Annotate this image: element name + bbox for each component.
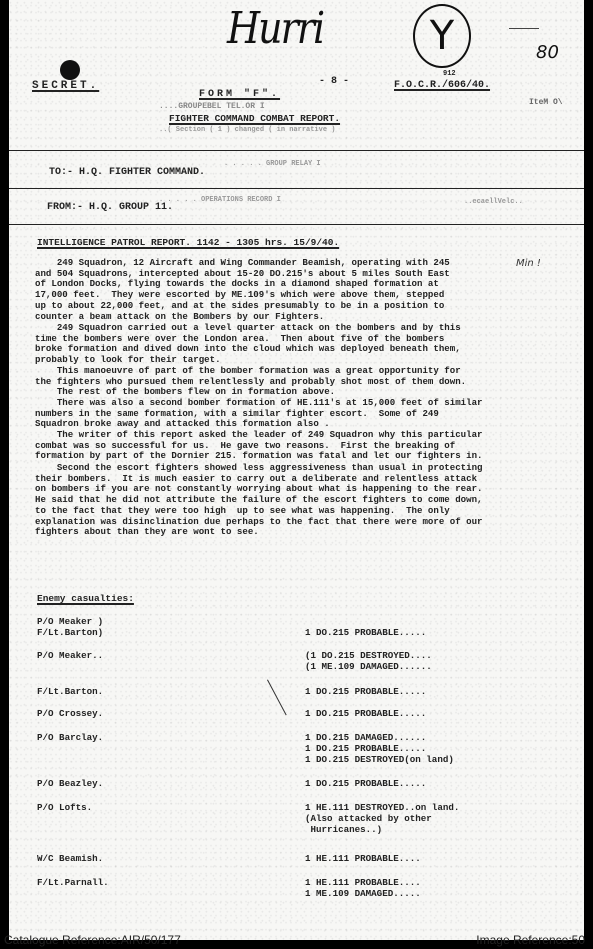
to-line: TO:- H.Q. FIGHTER COMMAND.	[49, 167, 205, 178]
from-line: FROM:- H.Q. GROUP 11.	[47, 202, 173, 213]
reference-superscript: 912	[443, 70, 456, 78]
form-title: FORM "F".	[199, 89, 280, 100]
casualty-claim: 1 HE.111 PROBABLE....	[305, 853, 421, 864]
casualty-pilot: F/Lt.Parnall.	[37, 877, 109, 888]
casualty-pilot: P/O Meaker ) F/Lt.Barton)	[37, 616, 103, 638]
paragraph: 249 Squadron carried out a level quarter…	[35, 323, 461, 366]
casualty-claim: 1 DO.215 PROBABLE.....	[305, 708, 426, 719]
paragraph: The writer of this report asked the lead…	[35, 430, 483, 462]
paragraph: 249 Squadron, 12 Aircraft and Wing Comma…	[35, 258, 450, 322]
classification-label: SECRET.	[32, 80, 99, 92]
divider	[9, 188, 584, 189]
paragraph: There was also a second bomber formation…	[35, 398, 483, 430]
casualty-pilot: P/O Meaker..	[37, 650, 103, 661]
casualty-claim: 1 HE.111 PROBABLE.... 1 ME.109 DAMAGED..…	[305, 877, 421, 899]
document-page: Hurri Y 80 SECRET. - 8 - 912 F.O.C.R./60…	[9, 0, 584, 940]
page-number: 80	[536, 42, 559, 63]
divider	[9, 150, 584, 151]
casualties-heading: Enemy casualties:	[37, 593, 134, 604]
circled-mark: Y	[413, 4, 471, 68]
handwritten-signature: Hurri	[227, 3, 323, 54]
item-stamp: IteM O\	[529, 98, 563, 107]
casualty-claim: 1 HE.111 DESTROYED..on land. (Also attac…	[305, 802, 459, 835]
casualty-pilot: P/O Beazley.	[37, 778, 103, 789]
casualty-pilot: P/O Lofts.	[37, 802, 92, 813]
divider	[9, 224, 584, 225]
document-reference: F.O.C.R./606/40.	[394, 80, 490, 91]
image-reference: Image Reference:50	[476, 933, 585, 947]
catalogue-reference: Catalogue Reference:AIR/50/177	[4, 933, 181, 947]
report-heading: INTELLIGENCE PATROL REPORT. 1142 - 1305 …	[37, 237, 339, 248]
casualty-pilot: P/O Barclay.	[37, 732, 103, 743]
casualty-claim: 1 DO.215 PROBABLE.....	[305, 686, 426, 697]
pencil-stroke	[267, 680, 287, 716]
report-title: FIGHTER COMMAND COMBAT REPORT.	[169, 113, 340, 124]
casualty-claim: (1 DO.215 DESTROYED.... (1 ME.109 DAMAGE…	[305, 650, 432, 672]
paragraph: This manoeuvre of part of the bomber for…	[35, 366, 466, 387]
paragraph: Second the escort fighters showed less a…	[35, 463, 483, 538]
casualty-pilot: W/C Beamish.	[37, 853, 103, 864]
faint-stamp-line: ..( Section ( 1 ) changed ( in narrative…	[159, 126, 335, 134]
casualty-pilot: F/Lt.Barton.	[37, 686, 103, 697]
punch-hole	[60, 60, 80, 80]
circled-letter: Y	[430, 13, 454, 59]
casualty-pilot: P/O Crossey.	[37, 708, 103, 719]
faint-stamp-line: . . . . . GROUP RELAY I	[224, 160, 321, 168]
archive-footer: Catalogue Reference:AIR/50/177 Image Ref…	[0, 931, 593, 949]
faint-stamp-line: . . . . . OPERATIONS RECORD I	[159, 196, 281, 204]
casualty-claim: 1 DO.215 PROBABLE.....	[305, 778, 426, 789]
faint-stamp-line: ....GROUPEBEL TEL.OR I	[159, 102, 265, 111]
dash-mark	[509, 28, 539, 29]
margin-note: Min !	[516, 258, 541, 269]
casualty-claim: 1 DO.215 DAMAGED...... 1 DO.215 PROBABLE…	[305, 732, 454, 765]
page-marker: - 8 -	[319, 76, 349, 87]
casualty-claim: 1 DO.215 PROBABLE.....	[305, 627, 426, 638]
right-stamp: ..ecaellVelc..	[464, 198, 523, 206]
